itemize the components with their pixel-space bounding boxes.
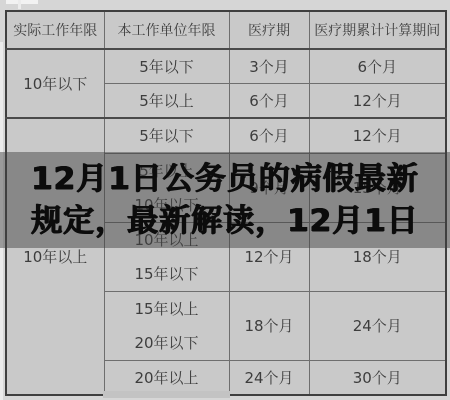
cell-medical-period: 18个月: [229, 291, 309, 360]
cell-cumulative-period: 24个月: [309, 291, 446, 360]
cell-unit-years: 15年以上 20年以下: [104, 291, 229, 360]
photo-artifact-bottom: [103, 391, 230, 398]
cell-unit-years: 20年以上: [104, 360, 229, 395]
cell-medical-period: 3个月: [229, 49, 309, 83]
header-unit-work-years: 本工作单位年限: [104, 11, 229, 49]
cell-medical-period: 6个月: [229, 83, 309, 118]
cell-medical-period: 24个月: [229, 360, 309, 395]
table-row: 10年以上 5年以下 6个月 12个月: [6, 118, 446, 153]
overlay-title-line1: 12月1日公务员的病假最新: [31, 158, 419, 200]
header-cumulative-period: 医疗期累计计算期间: [309, 11, 446, 49]
cell-unit-years: 5年以下: [104, 49, 229, 83]
header-actual-work-years: 实际工作年限: [6, 11, 104, 49]
page-background: 实际工作年限 本工作单位年限 医疗期 医疗期累计计算期间 10年以下 5年以下 …: [0, 0, 450, 400]
cell-actual-years-group1: 10年以下: [6, 49, 104, 118]
cell-cumulative-period: 6个月: [309, 49, 446, 83]
cell-cumulative-period: 12个月: [309, 118, 446, 153]
cell-medical-period: 6个月: [229, 118, 309, 153]
cell-cumulative-period: 12个月: [309, 83, 446, 118]
photo-artifact-tick: [18, 0, 21, 9]
header-medical-period: 医疗期: [229, 11, 309, 49]
cell-cumulative-period: 30个月: [309, 360, 446, 395]
photo-artifact-top: [6, 0, 38, 4]
title-overlay: 12月1日公务员的病假最新 规定，最新解读，12月1日: [0, 152, 450, 248]
cell-unit-years: 5年以上: [104, 83, 229, 118]
cell-unit-years: 5年以下: [104, 118, 229, 153]
table-row: 10年以下 5年以下 3个月 6个月: [6, 49, 446, 83]
table-header-row: 实际工作年限 本工作单位年限 医疗期 医疗期累计计算期间: [6, 11, 446, 49]
overlay-title-line2: 规定，最新解读，12月1日: [31, 200, 419, 242]
